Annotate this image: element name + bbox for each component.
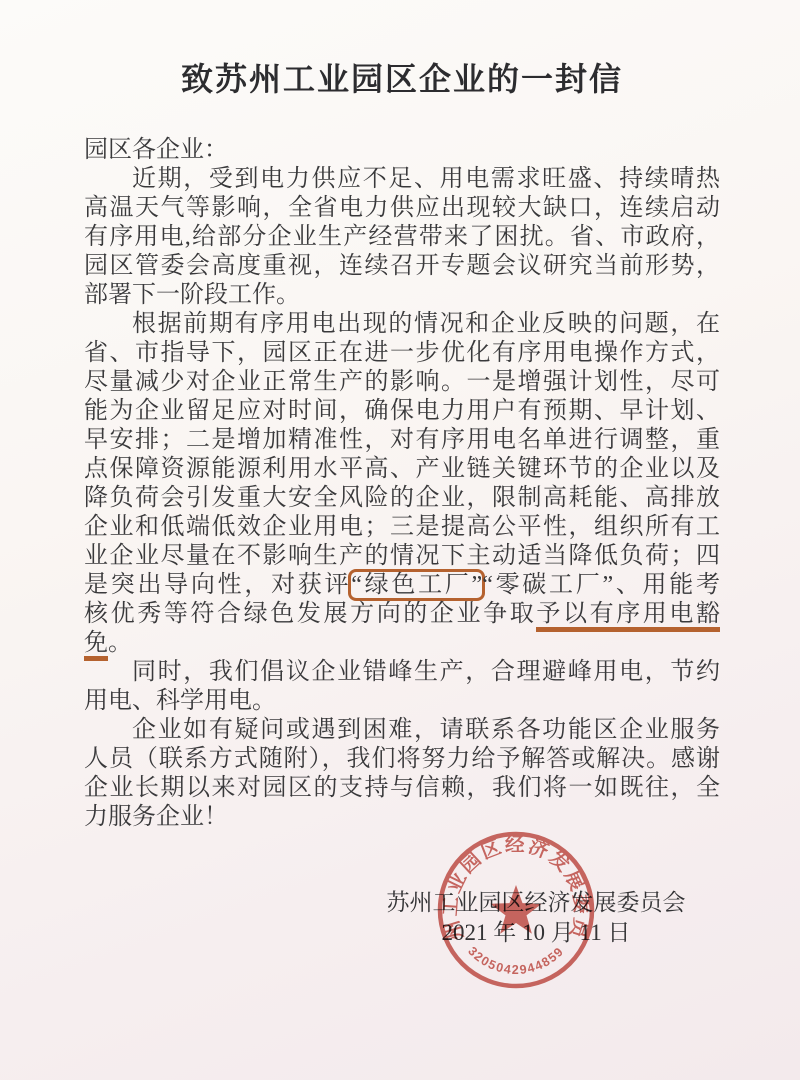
letter-body: 近期，受到电力供应不足、用电需求旺盛、持续晴热高温天气等影响，全省电力供应出现较… — [84, 165, 720, 832]
text-line: 企业和低端低效企业用电；三是提高公平性，组织所有工 — [84, 513, 720, 542]
text-segment: 降负荷会引发重大安全风险的企业，限制高耗能、高排放 — [84, 485, 720, 511]
underlined-text: 免 — [84, 630, 108, 661]
text-segment: 能为企业留足应对时间，确保电力用户有预期、早计划、 — [84, 398, 720, 424]
text-line: 早安排；二是增加精准性，对有序用电名单进行调整，重 — [84, 426, 720, 455]
text-line: 用电、科学用电。 — [84, 687, 720, 716]
text-segment: 企业长期以来对园区的支持与信赖，我们将一如既往，全 — [84, 775, 720, 801]
text-line: 根据前期有序用电出现的情况和企业反映的问题，在 — [84, 310, 720, 339]
text-segment: 力服务企业！ — [84, 804, 228, 830]
text-line: 有序用电,给部分企业生产经营带来了困扰。省、市政府， — [84, 223, 720, 252]
text-line: 尽量减少对企业正常生产的影响。一是增强计划性，尽可 — [84, 368, 720, 397]
text-segment: 省、市指导下，园区正在进一步优化有序用电操作方式， — [84, 340, 720, 366]
text-segment: 尽量减少对企业正常生产的影响。一是增强计划性，尽可 — [84, 369, 720, 395]
text-line: 人员（联系方式随附），我们将努力给予解答或解决。感谢 — [84, 745, 720, 774]
seal-ring-text: 苏州工业园区经济发展委员会 — [433, 826, 593, 943]
text-line: 点保障资源能源利用水平高、产业链关键环节的企业以及 — [84, 455, 720, 484]
official-seal: 苏州工业园区经济发展委员会 3205042944859 — [433, 826, 599, 992]
text-line: 同时，我们倡议企业错峰生产，合理避峰用电，节约 — [84, 658, 720, 687]
text-segment: 用电、科学用电。 — [84, 688, 276, 714]
text-segment: 人员（联系方式随附），我们将努力给予解答或解决。感谢 — [84, 746, 720, 772]
text-line: 省、市指导下，园区正在进一步优化有序用电操作方式， — [84, 339, 720, 368]
text-segment: 近期，受到电力供应不足、用电需求旺盛、持续晴热 — [132, 166, 720, 192]
letter-title: 致苏州工业园区企业的一封信 — [84, 54, 720, 100]
letter-page: 致苏州工业园区企业的一封信 园区各企业： 近期，受到电力供应不足、用电需求旺盛、… — [0, 0, 800, 1080]
text-segment: 企业如有疑问或遇到困难，请联系各功能区企业服务 — [132, 717, 720, 743]
text-segment: 业企业尽量在不影响生产的情况下主动适当降低负荷；四 — [84, 543, 720, 569]
seal-serial-number: 3205042944859 — [465, 944, 567, 977]
text-line: 力服务企业！ — [84, 803, 720, 832]
text-segment: “零碳工厂”、用能考 — [482, 572, 720, 598]
text-segment: 核优秀等符合绿色发展方向的企业争取 — [84, 601, 536, 627]
text-line: 高温天气等影响，全省电力供应出现较大缺口，连续启动 — [84, 194, 720, 223]
text-segment: 点保障资源能源利用水平高、产业链关键环节的企业以及 — [84, 456, 720, 482]
text-segment: 根据前期有序用电出现的情况和企业反映的问题，在 — [132, 311, 720, 337]
text-line: 业企业尽量在不影响生产的情况下主动适当降低负荷；四 — [84, 542, 720, 571]
text-line: 是突出导向性，对获评“绿色工厂”“零碳工厂”、用能考 — [84, 571, 720, 600]
text-line: 部署下一阶段工作。 — [84, 281, 720, 310]
text-line: 近期，受到电力供应不足、用电需求旺盛、持续晴热 — [84, 165, 720, 194]
text-line: 核优秀等符合绿色发展方向的企业争取予以有序用电豁 — [84, 600, 720, 629]
text-segment: 有序用电,给部分企业生产经营带来了困扰。省、市政府， — [84, 224, 720, 250]
text-line: 降负荷会引发重大安全风险的企业，限制高耗能、高排放 — [84, 484, 720, 513]
text-segment: 部署下一阶段工作。 — [84, 282, 300, 308]
text-segment: 高温天气等影响，全省电力供应出现较大缺口，连续启动 — [84, 195, 720, 221]
text-segment: 。 — [108, 630, 132, 656]
text-segment: 早安排；二是增加精准性，对有序用电名单进行调整，重 — [84, 427, 720, 453]
text-segment: 企业和低端低效企业用电；三是提高公平性，组织所有工 — [84, 514, 720, 540]
text-segment: 园区管委会高度重视，连续召开专题会议研究当前形势， — [84, 253, 720, 279]
text-line: 企业如有疑问或遇到困难，请联系各功能区企业服务 — [84, 716, 720, 745]
text-line: 园区管委会高度重视，连续召开专题会议研究当前形势， — [84, 252, 720, 281]
text-line: 免。 — [84, 629, 720, 658]
seal-star-icon — [490, 885, 541, 934]
text-segment: 是突出导向性，对获评 — [84, 572, 351, 598]
text-line: 能为企业留足应对时间，确保电力用户有预期、早计划、 — [84, 397, 720, 426]
underlined-text: 予以有序用电豁 — [536, 601, 720, 632]
text-line: 企业长期以来对园区的支持与信赖，我们将一如既往，全 — [84, 774, 720, 803]
letter-content: 致苏州工业园区企业的一封信 园区各企业： 近期，受到电力供应不足、用电需求旺盛、… — [0, 0, 800, 832]
highlight-boxed-text: “绿色工厂” — [351, 572, 482, 598]
text-segment: 同时，我们倡议企业错峰生产，合理避峰用电，节约 — [132, 659, 720, 685]
salutation: 园区各企业： — [84, 136, 720, 165]
